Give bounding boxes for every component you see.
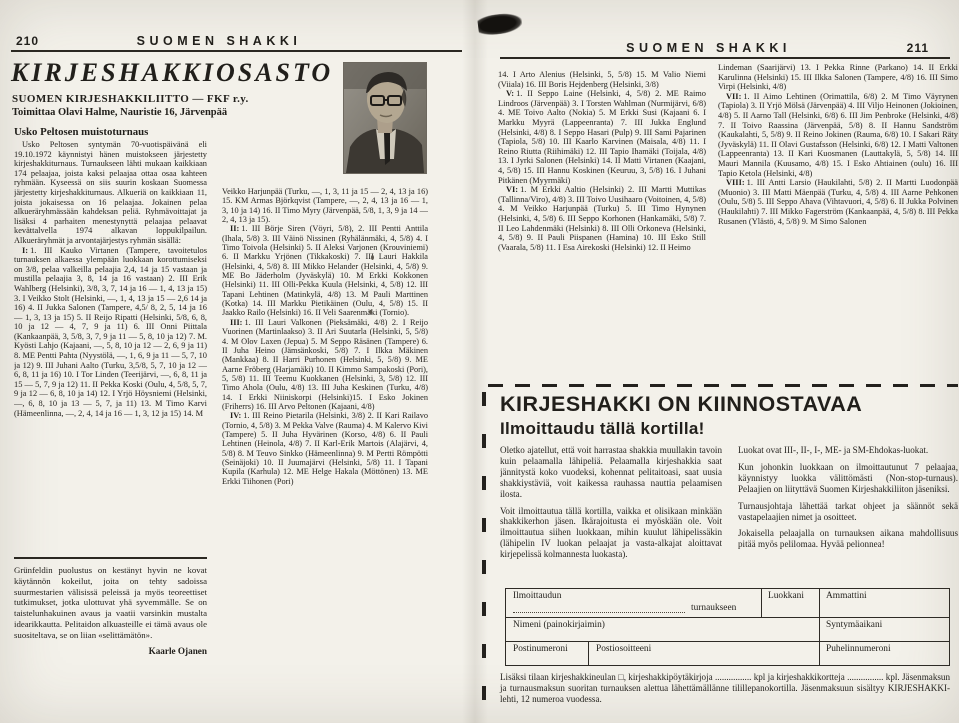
body-paragraph: IV:1. III Reino Pietarila (Helsinki, 3/8… — [222, 411, 428, 486]
paragraph-text: Veikko Harjunpää (Turku, —, 1, 3, 11 ja … — [222, 187, 428, 224]
group-label: VI: — [506, 185, 518, 194]
coupon-cut-line-left — [482, 392, 486, 723]
paragraph-text: Usko Peltosen syntymän 70-vuotispäivänä … — [14, 140, 207, 245]
coupon-headline: KIRJESHAKKI ON KIINNOSTAVAA — [500, 392, 862, 417]
organization-line: SUOMEN KIRJESHAKKILIITTO — FKF r.y. — [12, 93, 249, 105]
form-cell-divider — [588, 641, 589, 665]
paragraph-text: 1. III Börje Siren (Vöyri, 5/8), 2. III … — [222, 224, 428, 317]
body-paragraph: III:1. III Lauri Valkonen (Pieksämäki, 4… — [222, 318, 428, 411]
body-paragraph: V:1. II Seppo Laine (Helsinki, 4, 5/8) 2… — [498, 89, 706, 185]
form-field-nimeni: Nimeni (painokirjaimin) — [513, 620, 605, 630]
scan-speck — [371, 255, 374, 260]
coupon-paragraph: Luokat ovat III-, II-, I-, ME- ja SM-Ehd… — [738, 445, 958, 456]
page-left: 210 SUOMEN SHAKKI KIRJESHAKKIOSASTO SUOM… — [0, 0, 478, 723]
running-head-left: SUOMEN SHAKKI — [0, 34, 438, 48]
scan-speck — [369, 310, 372, 314]
coupon-paragraph: Voit ilmoittautua tällä kortilla, vaikka… — [500, 506, 722, 561]
group-label: VIII: — [726, 178, 745, 187]
body-paragraph: Lindeman (Saarijärvi) 13. I Pekka Rinne … — [718, 63, 958, 92]
group-label: V: — [506, 89, 514, 98]
paragraph-text: 14. I Arto Alenius (Helsinki, 5, 5/8) 15… — [498, 70, 706, 89]
paragraph-text: 1. III Kauko Virtanen (Tampere, tavoitet… — [14, 246, 207, 418]
fill-in-line — [513, 611, 685, 613]
section-title: KIRJESHAKKIOSASTO — [11, 58, 333, 88]
coupon-subheadline: Ilmoittaudu tällä kortilla! — [500, 419, 705, 439]
body-paragraph: I:1. III Kauko Virtanen (Tampere, tavoit… — [14, 246, 207, 419]
group-label: IV: — [230, 411, 241, 420]
footer-text-before: Lisäksi tilaan kirjeshakkineulan — [500, 672, 616, 682]
group-label: VII: — [726, 92, 741, 101]
body-paragraph: Usko Peltosen syntymän 70-vuotispäivänä … — [14, 140, 207, 246]
form-field-syntymaaikani: Syntymäaikani — [826, 620, 882, 630]
paragraph-text: 1. III Lauri Valkonen (Pieksämäki, 4/8) … — [222, 318, 428, 411]
paragraph-text: 1. II Aimo Lehtinen (Orimattila, 6/8) 2.… — [718, 92, 958, 178]
coupon-footer: Lisäksi tilaan kirjeshakkineulan □, kirj… — [500, 672, 950, 705]
group-label: I: — [22, 246, 28, 255]
form-field-puhelinnumeroni: Puhelinnumeroni — [826, 644, 891, 654]
editor-line: Toimittaa Olavi Halme, Nauristie 16, Jär… — [12, 107, 227, 118]
body-paragraph: Veikko Harjunpää (Turku, —, 1, 3, 11 ja … — [222, 187, 428, 224]
form-row-divider — [506, 641, 949, 642]
form-suffix-turnaukseen: turnaukseen — [691, 603, 736, 613]
left-page-column-1: Usko Peltosen syntymän 70-vuotispäivänä … — [14, 140, 207, 554]
form-field-ilmoittaudun: Ilmoittaudun — [513, 591, 561, 601]
page-right: SUOMEN SHAKKI 211 14. I Arto Alenius (He… — [478, 0, 959, 723]
body-paragraph: VIII:1. III Antti Larsio (Haukilahti, 5/… — [718, 178, 958, 226]
running-head-right: SUOMEN SHAKKI — [518, 41, 899, 55]
paragraph-text: Lindeman (Saarijärvi) 13. I Pekka Rinne … — [718, 63, 958, 91]
article-heading: Usko Peltosen muistoturnaus — [14, 126, 148, 138]
registration-form: Ilmoittaudun turnaukseen Luokkani Ammatt… — [505, 588, 950, 666]
coupon-paragraph: Turnausjohtaja lähettää tarkat ohjeet ja… — [738, 501, 958, 523]
right-page-column-1: 14. I Arto Alenius (Helsinki, 5, 5/8) 15… — [498, 70, 706, 380]
scanned-magazine-spread: 210 SUOMEN SHAKKI KIRJESHAKKIOSASTO SUOM… — [0, 0, 959, 723]
form-field-postinumeroni: Postinumeroni — [513, 644, 568, 654]
quote-author: Kaarle Ojanen — [14, 646, 207, 657]
form-field-postiosoitteeni: Postiosoitteeni — [596, 644, 651, 654]
right-page-column-2: Lindeman (Saarijärvi) 13. I Pekka Rinne … — [718, 63, 958, 381]
quote-paragraph: Grünfeldin puolustus on kestänyt hyvin n… — [14, 565, 207, 641]
coupon-text-left: Oletko ajatellut, että voit harrastaa sh… — [500, 445, 722, 585]
group-label: II: — [230, 224, 239, 233]
portrait-photo — [343, 62, 427, 174]
body-paragraph: VII:1. II Aimo Lehtinen (Orimattila, 6/8… — [718, 92, 958, 178]
page-number-right: 211 — [907, 41, 929, 55]
coupon-footer-text: Lisäksi tilaan kirjeshakkineulan □, kirj… — [500, 672, 950, 705]
header-rule-right — [500, 57, 950, 59]
coupon-paragraph: Jokaisella pelaajalla on turnauksen aika… — [738, 528, 958, 550]
form-cell-divider — [761, 589, 762, 617]
left-page-column-2: Veikko Harjunpää (Turku, —, 1, 3, 11 ja … — [222, 187, 428, 667]
group-label: III: — [230, 318, 242, 327]
column-divider-rule — [14, 557, 207, 559]
coupon-paragraph: Oletko ajatellut, että voit harrastaa sh… — [500, 445, 722, 500]
paragraph-text: 1. M Erkki Aaltio (Helsinki) 2. III Mart… — [498, 185, 706, 252]
form-field-ammattini: Ammattini — [826, 591, 867, 601]
form-cell-divider — [819, 589, 820, 665]
body-paragraph: VI:1. M Erkki Aaltio (Helsinki) 2. III M… — [498, 185, 706, 252]
form-field-luokkani: Luokkani — [768, 591, 804, 601]
coupon-paragraph: Kun johonkin luokkaan on ilmoittautunut … — [738, 462, 958, 495]
paragraph-text: 1. II Seppo Laine (Helsinki, 4, 5/8) 2. … — [498, 89, 706, 184]
coupon-cut-line-top — [488, 384, 958, 387]
portrait-photo-drawing — [344, 63, 426, 173]
header-rule-left — [11, 50, 462, 52]
form-row-divider — [506, 617, 949, 618]
quote-block: Grünfeldin puolustus on kestänyt hyvin n… — [14, 565, 207, 656]
body-paragraph: 14. I Arto Alenius (Helsinki, 5, 5/8) 15… — [498, 70, 706, 89]
paragraph-text: 1. III Antti Larsio (Haukilahti, 5/8) 2.… — [718, 178, 958, 225]
coupon-text-right: Luokat ovat III-, II-, I-, ME- ja SM-Ehd… — [738, 445, 958, 585]
body-paragraph: II:1. III Börje Siren (Vöyri, 5/8), 2. I… — [222, 224, 428, 317]
paragraph-text: 1. III Reino Pietarila (Helsinki, 3/8) 2… — [222, 411, 428, 485]
